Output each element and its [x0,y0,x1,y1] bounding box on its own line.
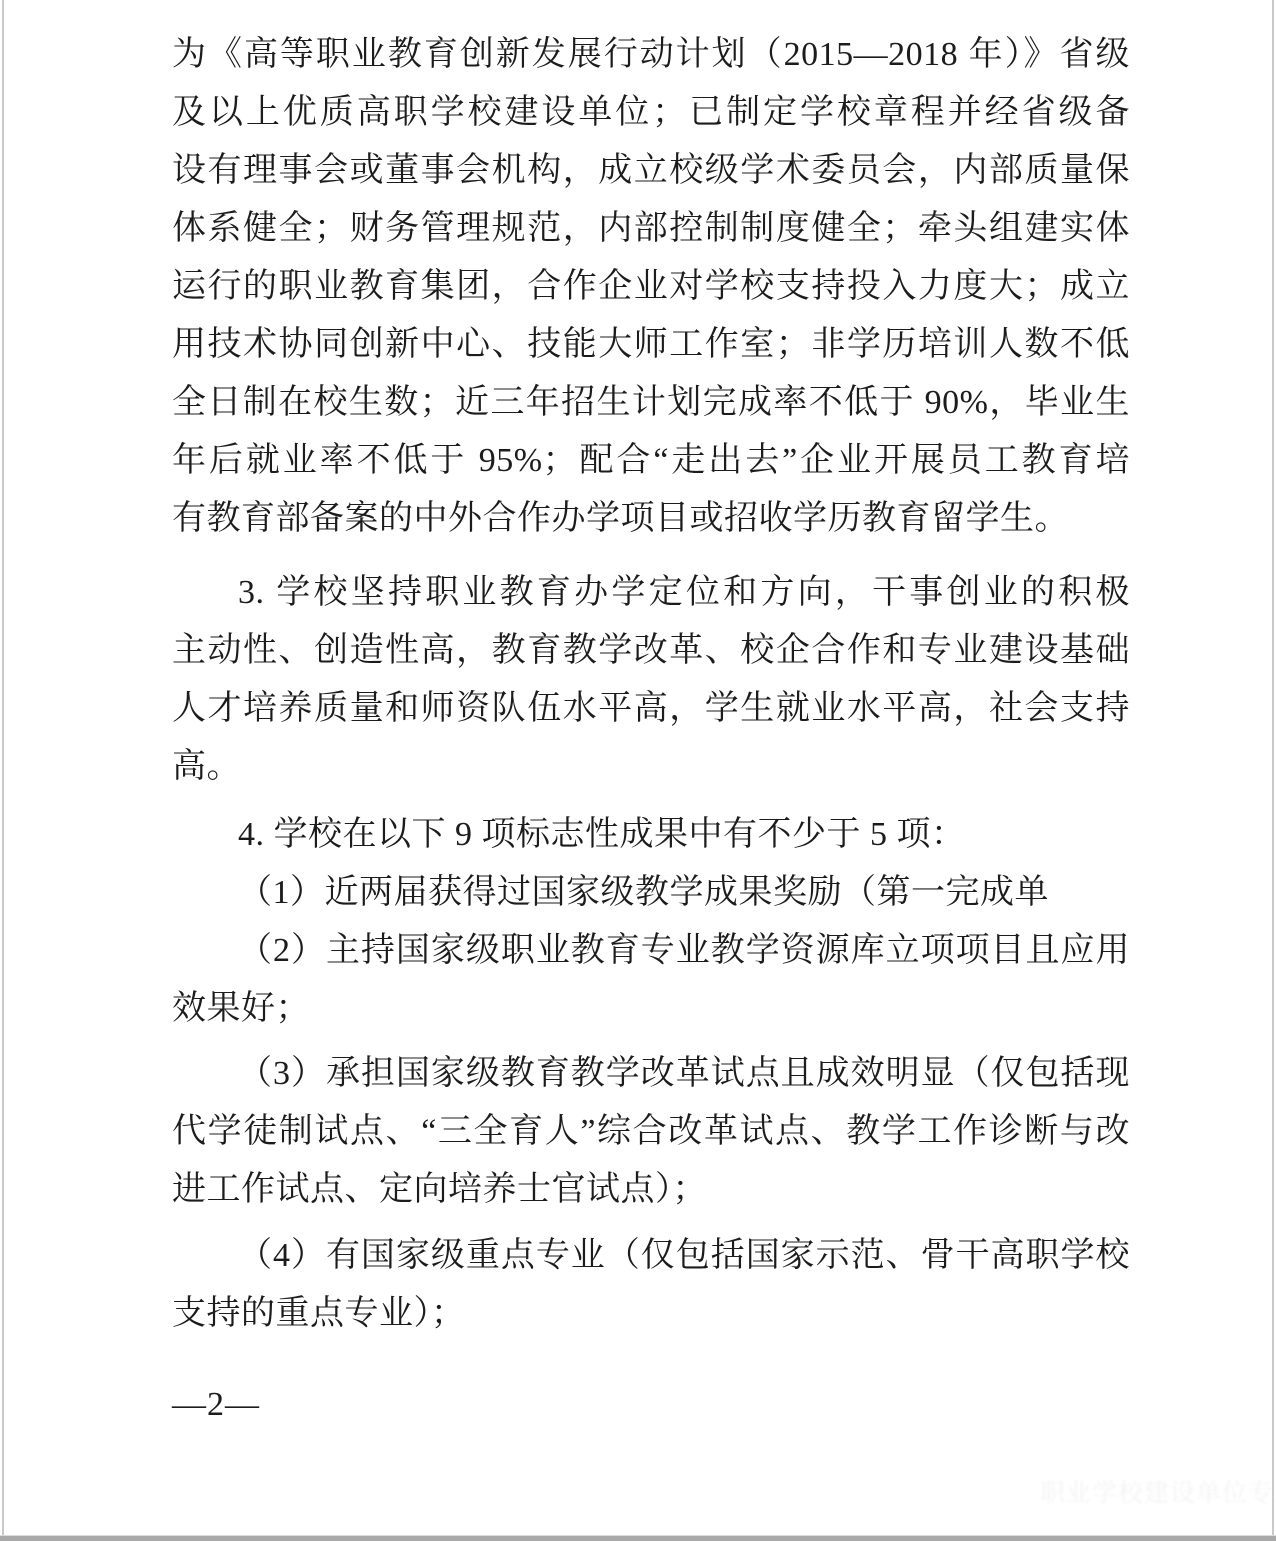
paragraph: （2）主持国家级职业教育专业教学资源库立项项目且应用效果好； [172,922,1130,1038]
page-bottom-edge-bar [0,1535,1276,1541]
text-line: 运行的职业教育集团，合作企业对学校支持投入力度大；成立应 [172,258,1130,316]
faint-watermark: 职业学校建设单位专用章 [1040,1477,1276,1511]
text-line: 设有理事会或董事会机构，成立校级学术委员会，内部质量保证 [172,142,1130,200]
text-line: （4）有国家级重点专业（仅包括国家示范、骨干高职学校 [172,1227,1130,1285]
text-line: 3. 学校坚持职业教育办学定位和方向，干事创业的积极性、 [172,564,1130,622]
text-line: 进工作试点、定向培养士官试点）； [172,1161,1130,1219]
text-line: 及以上优质高职学校建设单位；已制定学校章程并经省级备案， [172,84,1130,142]
text-line: 主动性、创造性高，教育教学改革、校企合作和专业建设基础好， [172,622,1130,680]
paragraph: 4. 学校在以下 9 项标志性成果中有不少于 5 项： [172,806,1130,864]
text-line: （1）近两届获得过国家级教学成果奖励（第一完成单位）； [172,864,1130,922]
text-flow: 为《高等职业教育创新发展行动计划（2015—2018 年）》省级及以上优质高职学… [172,26,1130,1343]
text-line: 全日制在校生数；近三年招生计划完成率不低于 90%，毕业生半 [172,374,1130,432]
page-number: —2— [172,1388,260,1422]
text-line: 用技术协同创新中心、技能大师工作室；非学历培训人数不低于 [172,316,1130,374]
text-line: 体系健全；财务管理规范，内部控制制度健全；牵头组建实体化 [172,200,1130,258]
text-line: 代学徒制试点、“三全育人”综合改革试点、教学工作诊断与改 [172,1103,1130,1161]
paragraph: 为《高等职业教育创新发展行动计划（2015—2018 年）》省级及以上优质高职学… [172,26,1130,548]
text-line: 效果好； [172,980,1130,1038]
paragraph: （1）近两届获得过国家级教学成果奖励（第一完成单位）； [172,864,1130,922]
text-line: 4. 学校在以下 9 项标志性成果中有不少于 5 项： [172,806,1130,864]
paragraph: 3. 学校坚持职业教育办学定位和方向，干事创业的积极性、主动性、创造性高，教育教… [172,564,1130,796]
document-page: 为《高等职业教育创新发展行动计划（2015—2018 年）》省级及以上优质高职学… [0,0,1276,1541]
page-left-edge-line [2,0,4,1541]
text-line: 有教育部备案的中外合作办学项目或招收学历教育留学生。 [172,490,1130,548]
text-line: 人才培养质量和师资队伍水平高，学生就业水平高，社会支持度 [172,680,1130,738]
text-line: （2）主持国家级职业教育专业教学资源库立项项目且应用 [172,922,1130,980]
text-line: 支持的重点专业）； [172,1285,1130,1343]
page-right-edge-line [1272,0,1274,1541]
paragraph: （3）承担国家级教育教学改革试点且成效明显（仅包括现代学徒制试点、“三全育人”综… [172,1045,1130,1219]
text-line: 年后就业率不低于 95%；配合“走出去”企业开展员工教育培训、 [172,432,1130,490]
text-line: 为《高等职业教育创新发展行动计划（2015—2018 年）》省级 [172,26,1130,84]
text-line: （3）承担国家级教育教学改革试点且成效明显（仅包括现 [172,1045,1130,1103]
paragraph: （4）有国家级重点专业（仅包括国家示范、骨干高职学校支持的重点专业）； [172,1227,1130,1343]
text-line: 高。 [172,738,1130,796]
